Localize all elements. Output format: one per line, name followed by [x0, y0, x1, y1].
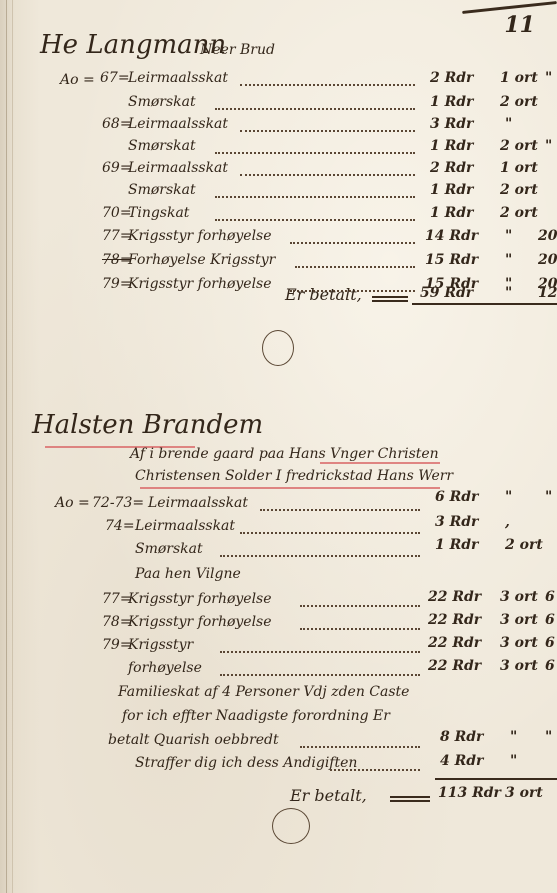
row-year: 72-73= — [92, 495, 144, 511]
row-col2: 2 ort — [500, 182, 538, 198]
row-item: forhøyelse — [128, 660, 202, 676]
section2-note-line2: Christensen Solder I fredrickstad Hans W… — [135, 468, 453, 484]
row-amount: 1 Rdr — [435, 537, 478, 553]
row-amount: 2 Rdr — [430, 160, 473, 176]
row-amount: 2 Rdr — [430, 70, 473, 86]
leader-dots — [240, 130, 415, 132]
row-col2: 1 ort — [500, 160, 538, 176]
leader-dots — [215, 152, 415, 154]
row-item: Leirmaalsskat — [128, 160, 228, 176]
row-item: Krigsstyr forhøyelse — [128, 591, 272, 607]
row-col3: " — [545, 138, 552, 154]
row-col2: 2 ort — [500, 94, 538, 110]
paid-row-item: Straffer dig ich dess Andigiften — [135, 755, 357, 771]
binding-gutter-line — [12, 0, 13, 893]
row-item: Tingskat — [128, 205, 189, 221]
row-item: Smørskat — [128, 94, 196, 110]
leader-dots — [215, 108, 415, 110]
row-item: Smørskat — [135, 541, 203, 557]
leader-dots — [215, 196, 415, 198]
row-col3: " — [545, 70, 552, 86]
row-col2: " — [505, 252, 512, 268]
leader-dots — [300, 605, 420, 607]
section2-heading: Halsten Brandem — [32, 410, 263, 440]
double-rule — [390, 796, 430, 798]
row-col3: 20 — [538, 228, 557, 244]
row-col3: 6 — [545, 635, 555, 651]
row-amount: 1 Rdr — [430, 205, 473, 221]
row-amount: 22 Rdr — [428, 589, 481, 605]
row-year: 74= — [105, 518, 135, 534]
double-rule — [390, 800, 430, 802]
section2-note-line3: Familieskat af 4 Personer Vdj zden Caste — [118, 684, 409, 700]
row-amount: 22 Rdr — [428, 612, 481, 628]
sum-rule — [412, 303, 557, 305]
section2-note-line4: for ich effter Naadigste forordning Er — [122, 708, 390, 724]
leader-dots — [240, 174, 415, 176]
red-underline — [140, 487, 440, 489]
row-amount: 22 Rdr — [428, 635, 481, 651]
section1-account-prefix: Ao = — [60, 72, 95, 88]
row-amount: 1 Rdr — [430, 182, 473, 198]
section1-total-col2: " — [505, 285, 512, 301]
section1-total-label: Er betalt, — [285, 285, 362, 304]
row-item: Leirmaalsskat — [135, 518, 235, 534]
row-item: Krigsstyr — [128, 637, 193, 653]
row-col2: 2 ort — [505, 537, 543, 553]
leader-dots — [240, 532, 420, 534]
row-col2: , — [505, 514, 510, 530]
leader-dots — [220, 651, 420, 653]
row-item: Leirmaalsskat — [148, 495, 248, 511]
leader-dots — [300, 628, 420, 630]
leader-dots — [220, 555, 420, 557]
folio-number: 11 — [504, 12, 535, 38]
row-col3: 6 — [545, 612, 555, 628]
row-amount: 22 Rdr — [428, 658, 481, 674]
row-amount: 1 Rdr — [430, 94, 473, 110]
binding-gutter-line — [6, 0, 7, 893]
row-amount: 1 Rdr — [430, 138, 473, 154]
row-item: Krigsstyr forhøyelse — [128, 276, 272, 292]
row-col2: 3 ort — [500, 658, 538, 674]
leader-dots — [300, 746, 420, 748]
double-rule — [372, 300, 408, 302]
leader-dots — [240, 84, 415, 86]
row-item: Forhøyelse Krigsstyr — [128, 252, 275, 268]
row-col2: " — [505, 489, 512, 505]
leader-dots — [220, 674, 420, 676]
section2-total-label: Er betalt, — [290, 786, 367, 805]
row-item: Krigsstyr forhøyelse — [128, 228, 272, 244]
row-item: Paa hen Vilgne — [135, 566, 241, 582]
section2-total-col2: 3 ort — [505, 785, 543, 801]
section1-total-amount: 59 Rdr — [420, 285, 473, 301]
row-col3: 6 — [545, 589, 555, 605]
leader-dots — [295, 266, 415, 268]
red-underline — [320, 462, 440, 464]
sum-rule — [435, 778, 557, 780]
row-amount: 15 Rdr — [425, 252, 478, 268]
section1-total-col3: 12 — [538, 285, 557, 301]
row-amount: 3 Rdr — [430, 116, 473, 132]
row-col2: 1 ort — [500, 70, 538, 86]
section1-heading-extra: Neer Brud — [200, 42, 275, 58]
row-amount: 6 Rdr — [435, 489, 478, 505]
row-col3: " — [545, 489, 552, 505]
row-col2: 3 ort — [500, 589, 538, 605]
row-col2: 2 ort — [500, 205, 538, 221]
row-col2: 3 ort — [500, 612, 538, 628]
paid-row-col2: " — [510, 753, 517, 769]
flourish-mark — [272, 808, 310, 844]
row-col2: 2 ort — [500, 138, 538, 154]
row-item: Leirmaalsskat — [128, 116, 228, 132]
leader-dots — [215, 219, 415, 221]
row-item: Smørskat — [128, 138, 196, 154]
row-col3: 20 — [538, 252, 557, 268]
row-item: Smørskat — [128, 182, 196, 198]
section2-note-line1: Af i brende gaard paa Hans Vnger Christe… — [130, 446, 439, 462]
paid-row-col2: " — [510, 729, 517, 745]
double-rule — [372, 296, 408, 298]
section2-account-prefix: Ao = — [55, 495, 90, 511]
leader-dots — [260, 509, 420, 511]
paid-row-item: betalt Quarish oebbredt — [108, 732, 279, 748]
section1-heading: He Langmann — [40, 30, 226, 60]
row-col2: " — [505, 116, 512, 132]
paid-row-col3: " — [545, 729, 552, 745]
section2-total-amount: 113 Rdr — [438, 785, 501, 801]
flourish-mark — [262, 330, 294, 366]
row-col2: " — [505, 228, 512, 244]
row-year: 67= — [100, 70, 130, 86]
paid-row-amount: 4 Rdr — [440, 753, 483, 769]
paid-row-amount: 8 Rdr — [440, 729, 483, 745]
row-col2: 3 ort — [500, 635, 538, 651]
row-col3: 6 — [545, 658, 555, 674]
row-item: Krigsstyr forhøyelse — [128, 614, 272, 630]
row-amount: 14 Rdr — [425, 228, 478, 244]
leader-dots — [290, 242, 415, 244]
leader-dots — [330, 769, 420, 771]
row-amount: 3 Rdr — [435, 514, 478, 530]
row-item: Leirmaalsskat — [128, 70, 228, 86]
manuscript-page: 11 He Langmann Neer Brud Ao = 67= Leirma… — [0, 0, 557, 893]
